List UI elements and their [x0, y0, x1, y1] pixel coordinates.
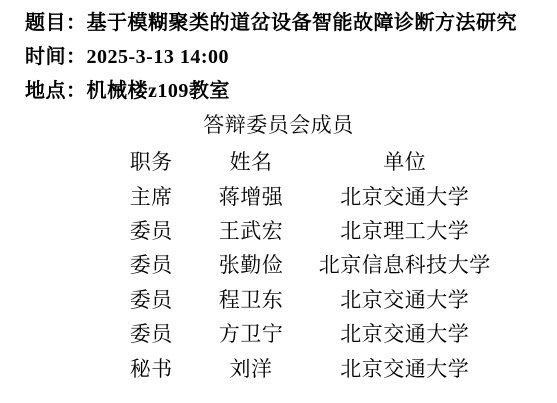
time-value: 2025-3-13 14:00 — [87, 46, 229, 68]
defense-notice-document: 题目：基于模糊聚类的道岔设备智能故障诊断方法研究 时间：2025-3-13 14… — [0, 0, 557, 403]
member-role-cell: 秘书 — [93, 350, 209, 384]
member-name-cell: 王武宏 — [209, 213, 292, 247]
table-row: 委员 张勤俭 北京信息科技大学 — [93, 247, 517, 281]
member-name-cell: 方卫宁 — [209, 316, 292, 350]
column-header-affiliation: 单位 — [293, 144, 517, 178]
column-header-name: 姓名 — [209, 144, 292, 178]
member-name-cell: 程卫东 — [209, 282, 292, 316]
member-affiliation-cell: 北京理工大学 — [293, 213, 517, 247]
table-row: 秘书 刘洋 北京交通大学 — [93, 350, 517, 384]
member-affiliation-cell: 北京交通大学 — [293, 350, 517, 384]
table-header-row: 职务 姓名 单位 — [93, 144, 517, 178]
location-label: 地点： — [25, 80, 87, 102]
member-role-cell: 委员 — [93, 247, 209, 281]
committee-section-title: 答辩委员会成员 — [0, 108, 557, 142]
table-row: 委员 程卫东 北京交通大学 — [93, 282, 517, 316]
member-role-cell: 主席 — [93, 178, 209, 212]
title-label: 题目： — [25, 12, 87, 34]
member-name-cell: 张勤俭 — [209, 247, 292, 281]
committee-table: 职务 姓名 单位 主席 蒋增强 北京交通大学 委员 王武宏 北京理工大学 委员 … — [93, 144, 517, 385]
title-value: 基于模糊聚类的道岔设备智能故障诊断方法研究 — [87, 12, 518, 34]
field-location: 地点：机械楼z109教室 — [25, 74, 557, 108]
field-time: 时间：2025-3-13 14:00 — [25, 40, 557, 74]
member-role-cell: 委员 — [93, 213, 209, 247]
time-label: 时间： — [25, 46, 87, 68]
member-name-cell: 刘洋 — [209, 350, 292, 384]
member-role-cell: 委员 — [93, 282, 209, 316]
table-row: 委员 王武宏 北京理工大学 — [93, 213, 517, 247]
table-row: 委员 方卫宁 北京交通大学 — [93, 316, 517, 350]
member-role-cell: 委员 — [93, 316, 209, 350]
member-name-cell: 蒋增强 — [209, 178, 292, 212]
member-affiliation-cell: 北京交通大学 — [293, 316, 517, 350]
member-affiliation-cell: 北京交通大学 — [293, 282, 517, 316]
header-fields: 题目：基于模糊聚类的道岔设备智能故障诊断方法研究 时间：2025-3-13 14… — [0, 0, 557, 108]
member-affiliation-cell: 北京信息科技大学 — [293, 247, 517, 281]
column-header-role: 职务 — [93, 144, 209, 178]
location-value: 机械楼z109教室 — [87, 80, 230, 102]
member-affiliation-cell: 北京交通大学 — [293, 178, 517, 212]
table-row: 主席 蒋增强 北京交通大学 — [93, 178, 517, 212]
field-title: 题目：基于模糊聚类的道岔设备智能故障诊断方法研究 — [25, 6, 557, 40]
